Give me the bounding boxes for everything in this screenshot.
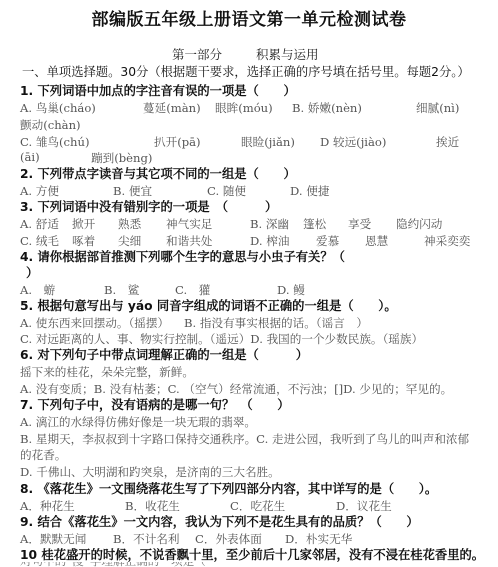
option-text: 蹦到(bèng) [91,150,152,166]
option-b: B．不计名利 [113,531,180,547]
question-3-options-row-1: A. 舒适 掀开 熟悉 神气实足 B. 深幽 篷松 享受 隐约闪动 [20,216,490,232]
option-text: 熟悉 [118,216,141,232]
question-1-options-row-3: C. 雏鸟(chú) 扒开(pā) 眼睑(jiǎn) D 较远(jiào) 挨近 [20,134,490,150]
sentence-text: 摇下来的桂花，朵朵完整，新鲜。 [20,364,194,380]
question-1-stem: 1. 下列词语中加点的字注音有误的一项是（ ） [20,83,296,99]
question-6-sentence: 摇下来的桂花，朵朵完整，新鲜。 [20,364,490,380]
option-text: 享受 [348,216,371,232]
question-7-stem: 7. 下列句子中，没有语病的是哪一句？ （ ） [20,397,290,413]
option-text: 扒开(pā) [154,134,201,150]
option-text: B. 深幽 [250,216,289,232]
question-3-stem: 3. 下列词语中没有错别字的一项是 （ ） [20,199,277,215]
option-a: A．种花生 [20,498,75,514]
part-label: 第一部分 [172,45,222,63]
question-4-options: A. 蝣 B. 鲨 C. 獾 D. 鳗 [20,282,490,298]
option-text: 爱慕 [316,233,339,249]
question-2-stem: 2. 下列带点字读音与其它项不同的一组是（ ） [20,166,296,182]
question-9-stem: 9. 结合《落花生》一文内容，我认为下列不是花生具有的品质？（ ） [20,514,419,530]
option-a: A. 方便 [20,183,59,199]
cutoff-line: 对句中的“浸”字理解正确的一项是（ ） [20,562,220,567]
option-text: 掀开 [72,216,95,232]
question-8-stem: 8. 《落花生》一文围绕落花生写了下列四部分内容，其中详写的是（ ）。 [20,481,437,497]
option-text: 蔓延(màn) [143,100,201,116]
question-4-stem-cont: ） [26,265,38,281]
option-text: D. 千佛山、大明湖和趵突泉，是济南的三大名胜。 [20,464,280,480]
option-text: 的花香。 [20,447,66,463]
question-7-option-d: D. 千佛山、大明湖和趵突泉，是济南的三大名胜。 [20,464,490,480]
option-c: C. 獾 [175,282,210,298]
question-1-options-row-4: (āi) 蹦到(bèng) [20,150,490,166]
option-text: 啄着 [72,233,95,249]
question-8-options: A．种花生 B．收花生 C．吃花生 D．议花生 [20,498,490,514]
option-text: C. 对远距离的人、事、物实行控制。（遥远）D. 我国的一个少数民族。（瑶族） [20,331,423,347]
option-text: 篷松 [303,216,326,232]
option-d: D．议花生 [336,498,392,514]
option-d: D. 鳗 [277,282,305,298]
exam-title: 部编版五年级上册语文第一单元检测试卷 [0,5,498,30]
option-c: C. 随便 [207,183,246,199]
option-text: A. 舒适 [20,216,59,232]
cutoff-text: 对句中的“浸”字理解正确的一项是（ ） [20,562,220,567]
question-2-options: A. 方便 B. 便宜 C. 随便 D. 便捷 [20,183,490,199]
option-text: C. 雏鸟(chú) [20,134,90,150]
option-c: C．吃花生 [230,498,285,514]
question-9-options: A．默默无闻 B．不计名利 C．外表体面 D．朴实无华 [20,531,490,547]
option-text: A. 使东西来回摆动。（摇摆） [20,315,169,331]
option-text: B. 指没有事实根据的话。（谣言 ） [184,315,368,331]
option-a: A. 蝣 [20,282,55,298]
option-text: 神气实足 [166,216,212,232]
option-text: B. 星期天，李叔叔到十字路口保持交通秩序。C. 走进公园，我听到了鸟儿的叫声和… [20,431,469,447]
option-b: B. 便宜 [113,183,152,199]
option-text: 颤动(chàn) [20,117,81,133]
option-d: D. 便捷 [290,183,329,199]
option-text: A. 没有变质；B. 没有枯萎；C. （空气）经常流通，不污浊；[]D. 少见的… [20,381,452,397]
option-b: B. 鲨 [104,282,139,298]
option-text: 挨近 [436,134,459,150]
option-d: D．朴实无华 [285,531,352,547]
option-text: D. 榨油 [250,233,289,249]
option-text: 隐约闪动 [396,216,442,232]
question-1-options-row-2: 颤动(chàn) [20,117,490,133]
option-text: 细腻(nì) [416,100,459,116]
question-7-option-a: A. 漓江的水绿得仿佛好像是一块无瑕的翡翠。 [20,414,490,430]
question-6-stem: 6. 对下列句子中带点词理解正确的一组是（ ） [20,347,308,363]
option-text: A. 鸟巢(cháo) [20,100,96,116]
part-name: 积累与运用 [256,45,319,63]
option-text: 和谐共处 [166,233,212,249]
question-7-option-c-cont: 的花香。 [20,447,490,463]
option-text: A. 漓江的水绿得仿佛好像是一块无瑕的翡翠。 [20,414,256,430]
question-7-option-bc: B. 星期天，李叔叔到十字路口保持交通秩序。C. 走进公园，我听到了鸟儿的叫声和… [20,431,490,447]
section-heading: 一、单项选择题。30分（根据题干要求，选择正确的序号填在括号里。每题2分。） [22,64,470,80]
question-6-options: A. 没有变质；B. 没有枯萎；C. （空气）经常流通，不污浊；[]D. 少见的… [20,381,490,397]
option-b: B．收花生 [125,498,180,514]
option-text: B. 娇嫩(nèn) [292,100,362,116]
option-a: A．默默无闻 [20,531,86,547]
option-text: 尖细 [118,233,141,249]
option-text: 眼眸(móu) [215,100,273,116]
option-text: 眼睑(jiǎn) [241,134,295,150]
option-c: C．外表体面 [195,531,262,547]
question-10-stem: 10 桂花盛开的时候，不说香飘十里，至少前后十几家邻居，没有不浸在桂花香里的。 [20,547,484,563]
question-1-options-row-1: A. 鸟巢(cháo) 蔓延(màn) 眼眸(móu) B. 娇嫩(nèn) 细… [20,100,490,116]
question-5-options-row-2: C. 对远距离的人、事、物实行控制。（遥远）D. 我国的一个少数民族。（瑶族） [20,331,490,347]
question-3-options-row-2: C. 绒毛 啄着 尖细 和谐共处 D. 榨油 爱慕 恩慧 神采奕奕 [20,233,490,249]
question-5-options-row-1: A. 使东西来回摆动。（摇摆） B. 指没有事实根据的话。（谣言 ） [20,315,490,331]
question-4-stem: 4. 请你根据部首推测下列哪个生字的意思与小虫子有关？（ [20,249,345,265]
option-text: D 较远(jiào) [320,134,386,150]
option-text: 神采奕奕 [424,233,470,249]
question-5-stem: 5. 根据句意写出与 yáo 同音字组成的词语不正确的一组是（ ）。 [20,298,397,314]
option-text: 恩慧 [365,233,388,249]
option-text: C. 绒毛 [20,233,59,249]
option-text: (āi) [20,150,40,164]
